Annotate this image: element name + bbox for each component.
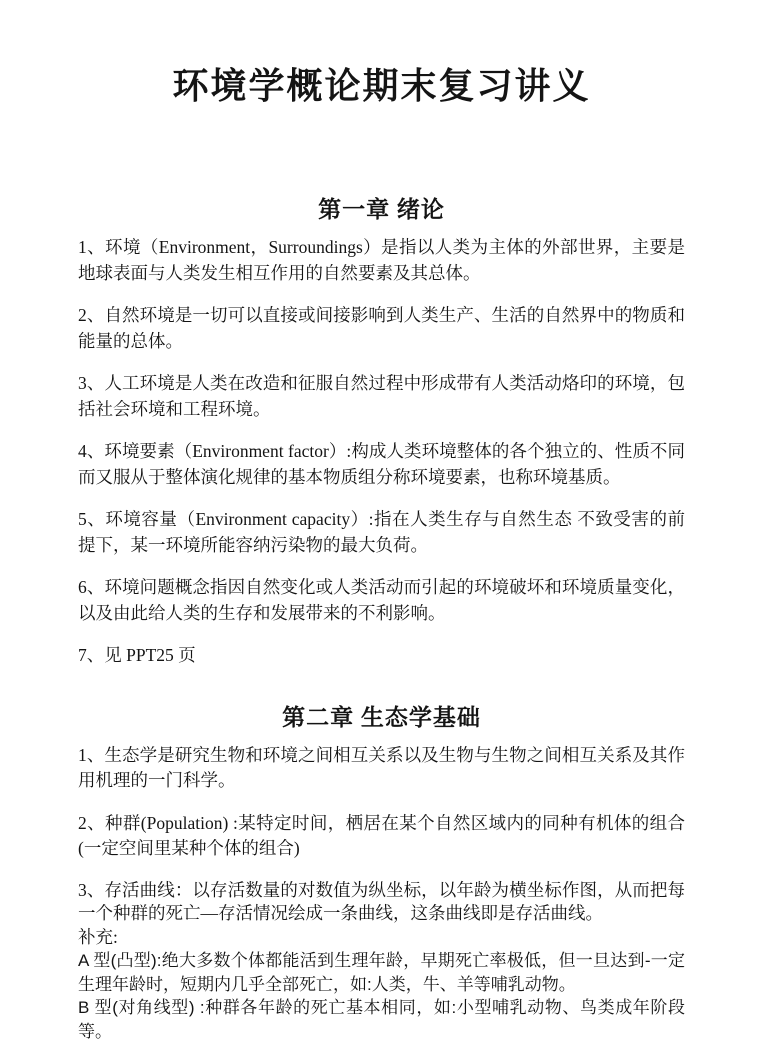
survival-curve-type-a: A 型(凸型):绝大多数个体都能活到生理年龄，早期死亡率极低，但一旦达到-一定生… (78, 951, 685, 994)
ch1-paragraph-3: 3、人工环境是人类在改造和征服自然过程中形成带有人类活动烙印的环境，包括社会环境… (78, 371, 685, 422)
ch2-paragraph-2: 2、种群(Population) :某特定时间，栖居在某个自然区域内的同种有机体… (78, 811, 685, 862)
ch2-paragraph-1: 1、生态学是研究生物和环境之间相互关系以及生物与生物之间相互关系及其作用机理的一… (78, 743, 685, 794)
survival-curve-type-b: B 型(对角线型) :种群各年龄的死亡基本相同，如:小型哺乳动物、鸟类成年阶段等… (78, 998, 685, 1041)
chapter-1-heading: 第一章 绪论 (78, 196, 685, 224)
survival-curve-supplement-label: 补充: (78, 927, 118, 947)
ch1-paragraph-7: 7、见 PPT25 页 (78, 643, 685, 669)
document-title: 环境学概论期末复习讲义 (78, 64, 685, 108)
chapter-2-section: 第二章 生态学基础 1、生态学是研究生物和环境之间相互关系以及生物与生物之间相互… (78, 704, 685, 1044)
ch1-paragraph-4: 4、环境要素（Environment factor）:构成人类环境整体的各个独立… (78, 439, 685, 490)
chapter-1-section: 第一章 绪论 1、环境（Environment，Surroundings）是指以… (78, 196, 685, 669)
ch1-paragraph-5: 5、环境容量（Environment capacity）:指在人类生存与自然生态… (78, 507, 685, 558)
document-page: 环境学概论期末复习讲义 第一章 绪论 1、环境（Environment，Surr… (0, 0, 761, 1056)
ch2-paragraph-3-survival-curve: 3、存活曲线：以存活数量的对数值为纵坐标，以年龄为横坐标作图，从而把每一个种群的… (78, 879, 685, 1044)
ch1-paragraph-2: 2、自然环境是一切可以直接或间接影响到人类生产、生活的自然界中的物质和能量的总体… (78, 303, 685, 354)
ch1-paragraph-1: 1、环境（Environment，Surroundings）是指以人类为主体的外… (78, 235, 685, 286)
ch1-paragraph-6: 6、环境问题概念指因自然变化或人类活动而引起的环境破坏和环境质量变化，以及由此给… (78, 575, 685, 626)
survival-curve-definition: 3、存活曲线：以存活数量的对数值为纵坐标，以年龄为横坐标作图，从而把每一个种群的… (78, 880, 685, 924)
chapter-2-heading: 第二章 生态学基础 (78, 704, 685, 732)
